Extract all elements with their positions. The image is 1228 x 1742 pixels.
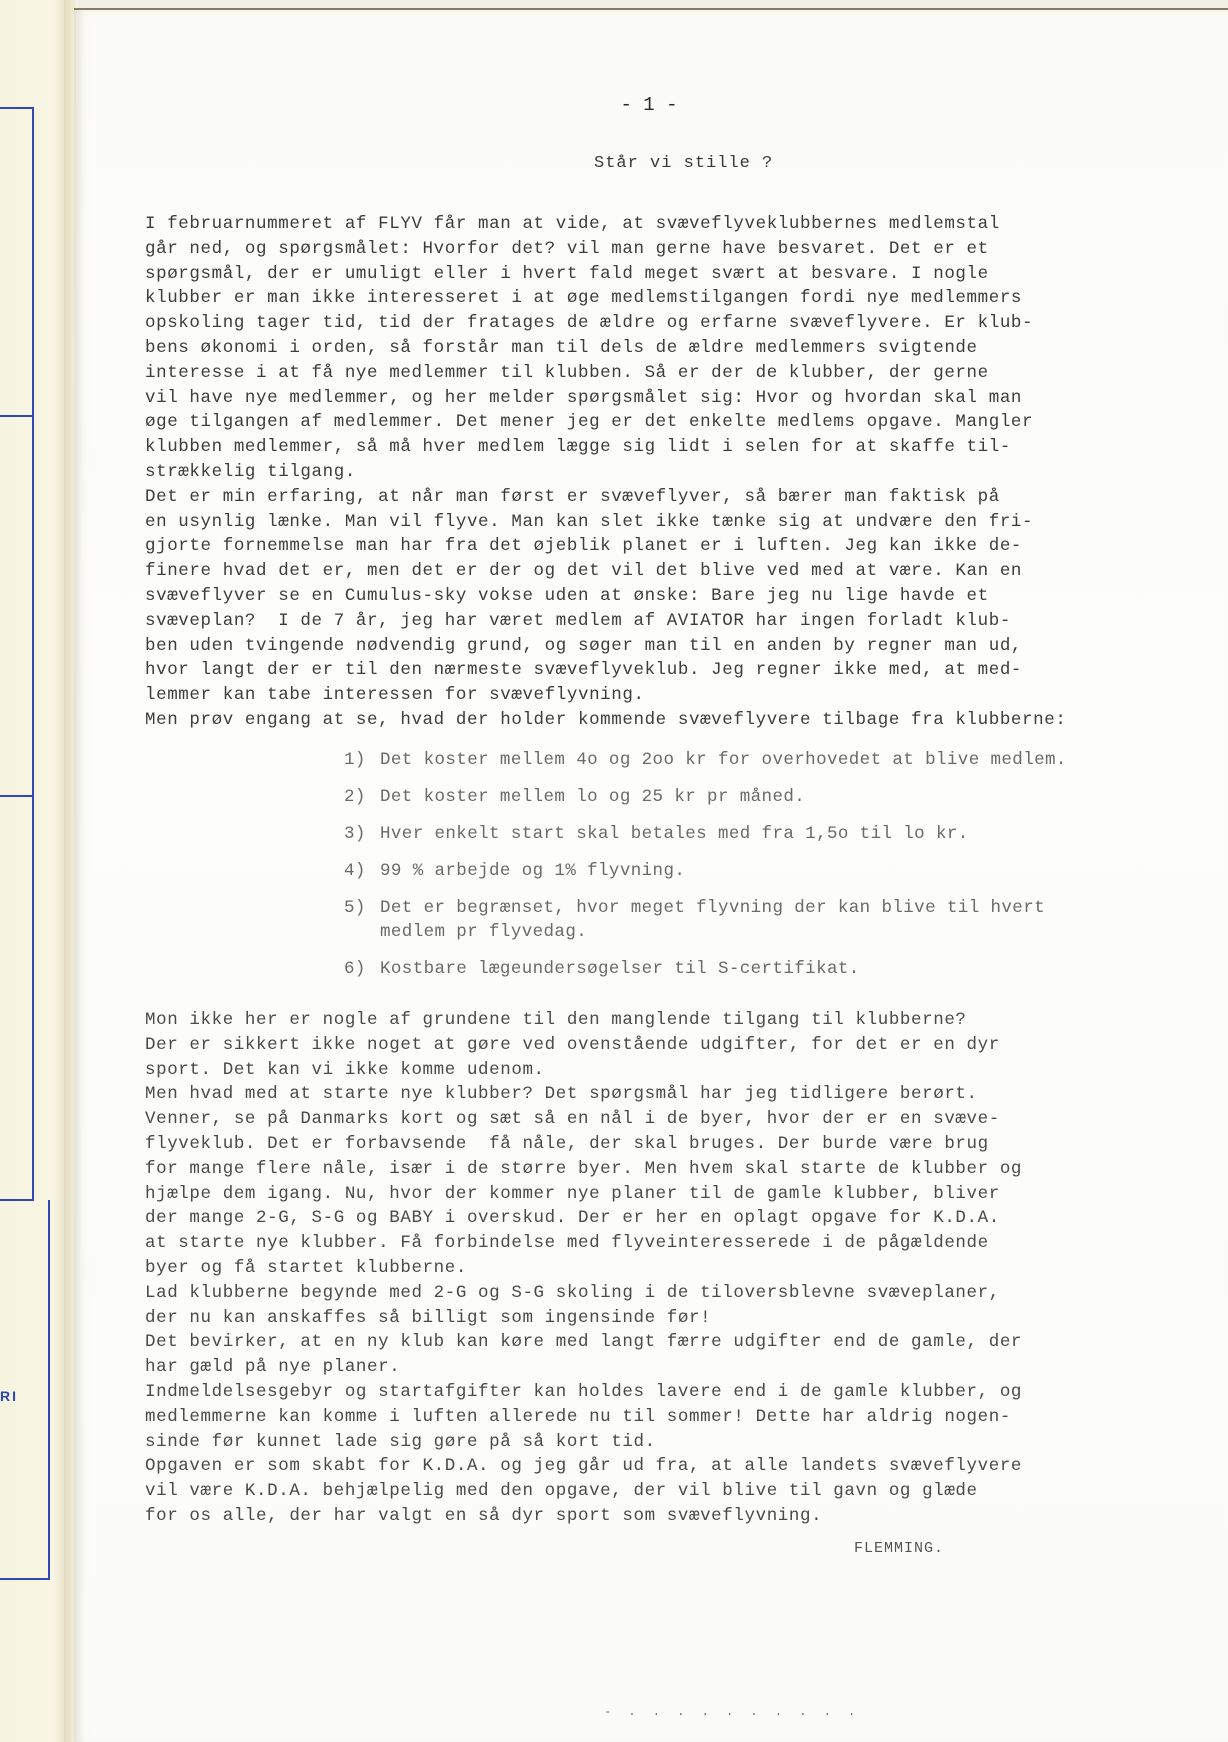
list-text: 99 % arbejde og 1% flyvning. <box>380 859 685 883</box>
list-number: 4) <box>344 859 380 883</box>
text-line: en usynlig lænke. Man vil flyve. Man kan… <box>145 510 1225 535</box>
paragraph-2: Mon ikke her er nogle af grundene til de… <box>145 1008 1225 1529</box>
text-line: medlemmerne kan komme i luften allerede … <box>145 1405 1225 1430</box>
text-line: hjælpe dem igang. Nu, hvor der kommer ny… <box>145 1182 1225 1207</box>
text-line: I februarnummeret af FLYV får man at vid… <box>145 212 1225 237</box>
text-line: lemmer kan tabe interessen for svæveflyv… <box>145 683 1225 708</box>
list-number: 5) <box>344 896 380 944</box>
list-text: Det er begrænset, hvor meget flyvning de… <box>380 896 1045 944</box>
text-line: interesse i at få nye medlemmer til klub… <box>145 361 1225 386</box>
text-line: sinde før kunnet lade sig gøre på så kor… <box>145 1430 1225 1455</box>
text-line: strækkelig tilgang. <box>145 460 1225 485</box>
footer-dots: - . . . . . . . . . . <box>604 1705 860 1719</box>
text-line: Venner, se på Danmarks kort og sæt så en… <box>145 1107 1225 1132</box>
list-number: 6) <box>344 957 380 981</box>
list-item: 5)Det er begrænset, hvor meget flyvning … <box>344 896 1228 944</box>
text-line: ben uden tvingende nødvendig grund, og s… <box>145 634 1225 659</box>
text-line: der mange 2-G, S-G og BABY i overskud. D… <box>145 1206 1225 1231</box>
text-line: finere hvad det er, men det er der og de… <box>145 559 1225 584</box>
text-line: sport. Det kan vi ikke komme udenom. <box>145 1058 1225 1083</box>
text-line: spørgsmål, der er umuligt eller i hvert … <box>145 262 1225 287</box>
author-signature: FLEMMING. <box>854 1540 944 1557</box>
paragraph-1: I februarnummeret af FLYV får man at vid… <box>145 212 1225 733</box>
text-line: opskoling tager tid, tid der fratages de… <box>145 311 1225 336</box>
text-line: Det bevirker, at en ny klub kan køre med… <box>145 1330 1225 1355</box>
text-line: Der er sikkert ikke noget at gøre ved ov… <box>145 1033 1225 1058</box>
text-line: Mon ikke her er nogle af grundene til de… <box>145 1008 1225 1033</box>
list-text: Kostbare lægeundersøgelser til S-certifi… <box>380 957 860 981</box>
cover-label: RI <box>0 1388 18 1404</box>
text-line: har gæld på nye planer. <box>145 1355 1225 1380</box>
text-line: vil have nye medlemmer, og her melder sp… <box>145 386 1225 411</box>
cover-frame-box <box>0 107 34 417</box>
cost-list: 1)Det koster mellem 4o og 2oo kr for ove… <box>344 748 1228 994</box>
text-line: øge tilgangen af medlemmer. Det mener je… <box>145 410 1225 435</box>
typed-page: - 1 - Står vi stille ? I februarnummeret… <box>74 8 1228 1742</box>
cover-frame-box <box>0 797 34 1201</box>
list-text: Det koster mellem lo og 25 kr pr måned. <box>380 785 805 809</box>
text-line: flyveklub. Det er forbavsende få nåle, d… <box>145 1132 1225 1157</box>
cover-frame-box <box>0 417 34 797</box>
text-line: at starte nye klubber. Få forbindelse me… <box>145 1231 1225 1256</box>
list-number: 2) <box>344 785 380 809</box>
text-line: for os alle, der har valgt en så dyr spo… <box>145 1504 1225 1529</box>
list-item: 1)Det koster mellem 4o og 2oo kr for ove… <box>344 748 1228 772</box>
text-line: hvor langt der er til den nærmeste svæve… <box>145 658 1225 683</box>
text-line: klubben medlemmer, så må hver medlem læg… <box>145 435 1225 460</box>
text-line: Men hvad med at starte nye klubber? Det … <box>145 1082 1225 1107</box>
list-item: 6)Kostbare lægeundersøgelser til S-certi… <box>344 957 1228 981</box>
list-number: 1) <box>344 748 380 772</box>
page-number: - 1 - <box>74 94 1224 116</box>
magazine-cover-edge: RI <box>0 0 66 1742</box>
text-line: vil være K.D.A. behjælpelig med den opga… <box>145 1479 1225 1504</box>
text-line: Indmeldelsesgebyr og startafgifter kan h… <box>145 1380 1225 1405</box>
list-item: 3)Hver enkelt start skal betales med fra… <box>344 822 1228 846</box>
text-line: Lad klubberne begynde med 2-G og S-G sko… <box>145 1281 1225 1306</box>
text-line: Men prøv engang at se, hvad der holder k… <box>145 708 1225 733</box>
text-line: der nu kan anskaffes så billigt som inge… <box>145 1306 1225 1331</box>
list-item: 4)99 % arbejde og 1% flyvning. <box>344 859 1228 883</box>
text-line: Det er min erfaring, at når man først er… <box>145 485 1225 510</box>
list-text: Hver enkelt start skal betales med fra 1… <box>380 822 969 846</box>
article-title: Står vi stille ? <box>594 154 773 173</box>
list-number: 3) <box>344 822 380 846</box>
text-line: bens økonomi i orden, så forstår man til… <box>145 336 1225 361</box>
text-line: gjorte fornemmelse man har fra det øjebl… <box>145 534 1225 559</box>
list-text: Det koster mellem 4o og 2oo kr for overh… <box>380 748 1067 772</box>
text-line: svæveflyver se en Cumulus-sky vokse uden… <box>145 584 1225 609</box>
text-line: klubber er man ikke interesseret i at øg… <box>145 286 1225 311</box>
text-line: Opgaven er som skabt for K.D.A. og jeg g… <box>145 1454 1225 1479</box>
text-line: byer og få startet klubberne. <box>145 1256 1225 1281</box>
text-line: svæveplan? I de 7 år, jeg har været medl… <box>145 609 1225 634</box>
list-item: 2)Det koster mellem lo og 25 kr pr måned… <box>344 785 1228 809</box>
text-line: går ned, og spørgsmålet: Hvorfor det? vi… <box>145 237 1225 262</box>
text-line: for mange flere nåle, især i de større b… <box>145 1157 1225 1182</box>
